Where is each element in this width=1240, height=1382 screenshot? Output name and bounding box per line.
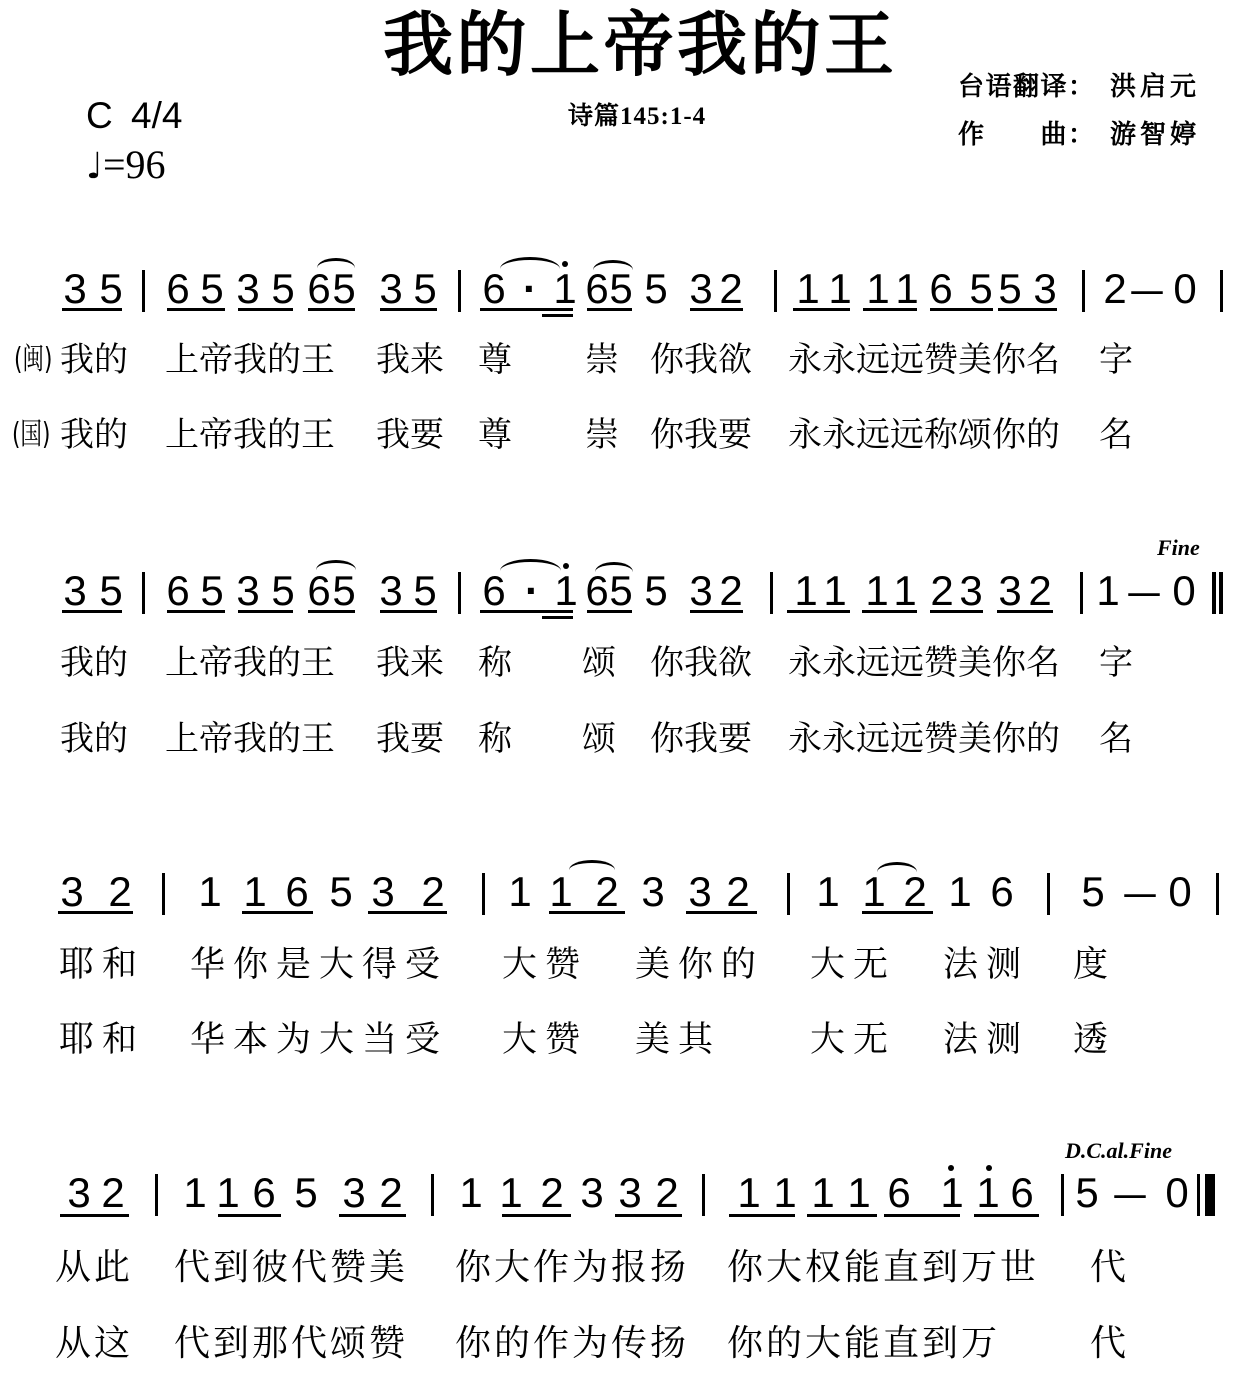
quarter-note-icon: ♩ — [86, 146, 103, 187]
beam-underline — [308, 308, 355, 311]
note: 2 — [716, 268, 746, 310]
final-barline-thick — [1205, 1174, 1215, 1216]
barline — [142, 572, 145, 614]
tempo-value: =96 — [103, 142, 166, 187]
extension-dash: — — [1124, 871, 1157, 913]
system-1-lyrics-verse-2: (国) 我的 上帝我的王 我要 尊 崇 你我要 永永远远称颂你的 名 — [0, 418, 1240, 458]
beam-underline — [58, 911, 133, 914]
note: 1 — [505, 871, 535, 913]
note: 1 — [770, 1172, 800, 1214]
note: 1 — [863, 268, 893, 310]
note: 6 — [479, 570, 509, 612]
lyric-phrase: 我的 — [60, 343, 128, 377]
lyric-phrase: 美你的 — [635, 948, 764, 983]
song-title: 我的上帝我的王 — [383, 10, 898, 80]
lyric-phrase: 名 — [1099, 722, 1133, 756]
lyric-phrase: 法测 — [943, 1023, 1029, 1058]
lyric-phrase: 从此 — [55, 1250, 133, 1286]
translator-label: 台语翻译： — [958, 72, 1096, 102]
scripture-reference: 诗篇145:1-4 — [568, 104, 706, 129]
lyric-phrase: 上帝我的王 — [165, 646, 335, 680]
note: 1 — [813, 871, 843, 913]
note: 6 — [163, 570, 193, 612]
note: 3 — [685, 871, 715, 913]
lyric-phrase: 你的大能直到万 — [727, 1326, 1000, 1362]
note: 2 — [537, 1172, 567, 1214]
beam-underline — [587, 610, 632, 613]
note: 5 — [410, 268, 440, 310]
beam-underline — [368, 911, 447, 914]
note: 3 — [686, 570, 716, 612]
note: 1 — [859, 871, 889, 913]
translator-name: 洪启元 — [1110, 74, 1200, 100]
note: 3 — [686, 268, 716, 310]
beam-underline — [587, 308, 632, 311]
final-barline-thin — [1197, 1174, 1200, 1216]
lyric-phrase: 字 — [1099, 343, 1133, 377]
beam-underline — [380, 610, 437, 613]
note: 5 — [641, 570, 671, 612]
beam-underline — [884, 1214, 960, 1217]
barline — [1216, 873, 1219, 915]
beam-underline — [690, 308, 743, 311]
beam-underline — [339, 1214, 406, 1217]
note: 2 — [1025, 570, 1055, 612]
note: 5 — [329, 268, 359, 310]
note: 1 — [195, 871, 225, 913]
rest: 0 — [1169, 570, 1199, 612]
double-barline — [1219, 572, 1223, 614]
beam-underline — [690, 610, 743, 613]
lyric-phrase: 代到那代颂赞 — [174, 1326, 408, 1362]
lyric-phrase: 美其 — [635, 1023, 721, 1058]
barline — [1080, 572, 1083, 614]
note: 3 — [577, 1172, 607, 1214]
note: 2 — [1100, 268, 1130, 310]
note-high-octave: 1 — [551, 570, 581, 612]
note: 5 — [966, 268, 996, 310]
barline — [1061, 1174, 1064, 1216]
note: 1 — [1093, 570, 1123, 612]
note: 2 — [592, 871, 622, 913]
beam-underline — [793, 308, 850, 311]
lyric-phrase: 我的 — [60, 646, 128, 680]
slur-arc — [317, 258, 355, 268]
lyric-phrase: 崇 — [585, 343, 619, 377]
fine-marking: Fine — [1157, 537, 1200, 559]
barline — [458, 572, 461, 614]
high-octave-dot — [948, 1165, 954, 1171]
note: 1 — [546, 871, 576, 913]
note: 6 — [479, 268, 509, 310]
lyric-phrase: 你大作为报扬 — [455, 1250, 689, 1286]
note: 5 — [291, 1172, 321, 1214]
note: 6 — [249, 1172, 279, 1214]
slur-arc — [500, 559, 561, 571]
slur-arc — [593, 260, 633, 270]
slur-arc — [569, 860, 615, 870]
lyric-phrase: 耶和 — [59, 948, 145, 983]
note: 3 — [638, 871, 668, 913]
high-octave-dot — [563, 563, 569, 569]
lyric-phrase: 永永远远赞美你的 — [788, 722, 1060, 756]
note: 3 — [233, 268, 263, 310]
note: 3 — [376, 570, 406, 612]
note-high-octave: 1 — [937, 1172, 967, 1214]
note: 5 — [641, 268, 671, 310]
note: 2 — [900, 871, 930, 913]
lyric-phrase: 崇 — [585, 418, 619, 452]
beam-underline — [997, 610, 1053, 613]
lyric-phrase: 尊 — [478, 343, 512, 377]
lyric-phrase: 名 — [1099, 418, 1133, 452]
double-beam-underline — [542, 616, 573, 619]
slur-arc — [500, 257, 560, 269]
note: 3 — [376, 268, 406, 310]
note-high-octave: 1 — [550, 268, 580, 310]
rest: 0 — [1170, 268, 1200, 310]
lyric-phrase: 你的作为传扬 — [455, 1326, 689, 1362]
note: 1 — [240, 871, 270, 913]
slur-arc — [316, 560, 356, 570]
note: 5 — [329, 570, 359, 612]
lyric-phrase: 你我欲 — [650, 343, 752, 377]
dialect-label: (闽) — [14, 345, 52, 375]
lyric-phrase: 永永远远赞美你名 — [788, 343, 1060, 377]
barline — [155, 1174, 158, 1216]
note: 3 — [956, 570, 986, 612]
composer-credit: 作 曲： 游智婷 — [958, 122, 1096, 148]
duration-dot: · — [515, 268, 545, 310]
barline — [482, 873, 485, 915]
lyric-phrase: 大赞 — [502, 1023, 588, 1058]
system-1-notation: 3 5 6 5 3 5 6 5 3 5 6 · 1 6 5 5 3 2 1 1 … — [0, 268, 1240, 328]
lyric-phrase: 华你是大得受 — [190, 948, 448, 983]
note: 1 — [862, 570, 892, 612]
system-2-lyrics-verse-2: 我的 上帝我的王 我要 称 颂 你我要 永永远远赞美你的 名 — [0, 722, 1240, 762]
lyric-phrase: 代 — [1090, 1250, 1129, 1286]
barline — [787, 873, 790, 915]
note: 1 — [213, 1172, 243, 1214]
system-2-lyrics-verse-1: 我的 上帝我的王 我来 称 颂 你我欲 永永远远赞美你名 字 — [0, 646, 1240, 686]
beam-underline — [167, 308, 225, 311]
beam-underline — [62, 610, 122, 613]
duration-dot: · — [517, 570, 547, 612]
note: 1 — [496, 1172, 526, 1214]
lyric-phrase: 你大权能直到万世 — [727, 1250, 1039, 1286]
note: 1 — [844, 1172, 874, 1214]
beam-underline — [167, 610, 225, 613]
lyric-phrase: 代 — [1090, 1326, 1129, 1362]
lyric-phrase: 从这 — [55, 1326, 133, 1362]
beam-underline — [998, 308, 1057, 311]
barline — [770, 572, 773, 614]
note: 6 — [282, 871, 312, 913]
lyric-phrase: 颂 — [582, 646, 616, 680]
extension-dash: — — [1131, 268, 1164, 310]
beam-underline — [729, 1214, 795, 1217]
note: 2 — [716, 570, 746, 612]
note: 3 — [233, 570, 263, 612]
note: 5 — [197, 268, 227, 310]
beam-underline — [930, 610, 983, 613]
extension-dash: — — [1114, 1172, 1147, 1214]
lyric-phrase: 法测 — [943, 948, 1029, 983]
extension-dash: — — [1128, 570, 1161, 612]
note: 5 — [268, 570, 298, 612]
note: 3 — [1030, 268, 1060, 310]
barline — [1220, 270, 1223, 312]
barline — [142, 270, 145, 312]
note: 6 — [1007, 1172, 1037, 1214]
lyric-phrase: 度 — [1073, 948, 1116, 983]
note: 5 — [606, 570, 636, 612]
note: 5 — [410, 570, 440, 612]
lyric-phrase: 尊 — [478, 418, 512, 452]
key-time-signature: C 4/4 — [86, 97, 182, 134]
system-3-lyrics-verse-1: 耶和 华你是大得受 大赞 美你的 大无 法测 度 — [0, 948, 1240, 988]
double-beam-underline — [542, 314, 573, 317]
lyric-phrase: 我来 — [376, 646, 444, 680]
note: 1 — [892, 268, 922, 310]
note: 6 — [987, 871, 1017, 913]
beam-underline — [930, 308, 993, 311]
beam-underline — [218, 1214, 281, 1217]
note: 1 — [945, 871, 975, 913]
rest: 0 — [1165, 871, 1195, 913]
note: 1 — [890, 570, 920, 612]
composer-name: 游智婷 — [1110, 122, 1200, 148]
beam-underline — [615, 1214, 682, 1217]
lyric-phrase: 称 — [478, 646, 512, 680]
note: 2 — [98, 1172, 128, 1214]
beam-underline — [549, 911, 625, 914]
beam-underline — [862, 610, 917, 613]
lyric-phrase: 你我欲 — [650, 646, 752, 680]
system-1-lyrics-verse-1: (闽) 我的 上帝我的王 我来 尊 崇 你我欲 永永远远赞美你名 字 — [0, 343, 1240, 383]
lyric-phrase: 代到彼代赞美 — [174, 1250, 408, 1286]
note: 1 — [820, 570, 850, 612]
note: 3 — [60, 268, 90, 310]
note: 2 — [652, 1172, 682, 1214]
note: 1 — [180, 1172, 210, 1214]
system-4-notation: 3 2 1 1 6 5 3 2 1 1 2 3 3 2 1 1 1 1 6 1 … — [0, 1172, 1240, 1232]
lyric-phrase: 我的 — [60, 418, 128, 452]
lyric-phrase: 我的 — [60, 722, 128, 756]
note: 3 — [57, 871, 87, 913]
slur-arc — [595, 562, 633, 572]
lyric-phrase: 上帝我的王 — [165, 722, 335, 756]
composer-label: 作 曲： — [958, 120, 1096, 150]
note: 5 — [96, 570, 126, 612]
note: 5 — [96, 268, 126, 310]
note: 5 — [326, 871, 356, 913]
note: 3 — [64, 1172, 94, 1214]
barline — [162, 873, 165, 915]
system-4-lyrics-verse-2: 从这 代到那代颂赞 你的作为传扬 你的大能直到万 代 — [0, 1326, 1240, 1366]
lyric-phrase: 我要 — [376, 418, 444, 452]
dc-al-fine-marking: D.C.al.Fine — [1065, 1140, 1172, 1162]
system-3-lyrics-verse-2: 耶和 华本为大当受 大赞 美其 大无 法测 透 — [0, 1023, 1240, 1063]
lyric-phrase: 大无 — [810, 948, 896, 983]
beam-underline — [502, 1214, 571, 1217]
note: 2 — [105, 871, 135, 913]
note: 5 — [995, 268, 1025, 310]
rest: 0 — [1162, 1172, 1192, 1214]
slur-arc — [877, 862, 917, 872]
note: 6 — [163, 268, 193, 310]
note: 1 — [456, 1172, 486, 1214]
note: 3 — [339, 1172, 369, 1214]
note: 3 — [60, 570, 90, 612]
note: 3 — [368, 871, 398, 913]
note-high-octave: 1 — [973, 1172, 1003, 1214]
lyric-phrase: 我要 — [376, 722, 444, 756]
note: 5 — [197, 570, 227, 612]
note: 5 — [268, 268, 298, 310]
lyric-phrase: 华本为大当受 — [190, 1023, 448, 1058]
note: 1 — [791, 570, 821, 612]
translator-credit: 台语翻译： 洪启元 — [958, 74, 1096, 100]
note: 3 — [615, 1172, 645, 1214]
barline — [1047, 873, 1050, 915]
lyric-phrase: 你我要 — [650, 722, 752, 756]
lyric-phrase: 耶和 — [59, 1023, 145, 1058]
beam-underline — [238, 610, 293, 613]
barline — [774, 270, 777, 312]
note: 5 — [606, 268, 636, 310]
beam-underline — [380, 308, 437, 311]
note: 5 — [1078, 871, 1108, 913]
note: 1 — [808, 1172, 838, 1214]
note: 1 — [734, 1172, 764, 1214]
system-4-lyrics-verse-1: 从此 代到彼代赞美 你大作为报扬 你大权能直到万世 代 — [0, 1250, 1240, 1290]
lyric-phrase: 字 — [1099, 646, 1133, 680]
note: 6 — [926, 268, 956, 310]
beam-underline — [686, 911, 757, 914]
beam-underline — [974, 1214, 1039, 1217]
beam-underline — [308, 610, 355, 613]
high-octave-dot — [986, 1165, 992, 1171]
beam-underline — [862, 911, 933, 914]
note: 3 — [995, 570, 1025, 612]
lyric-phrase: 称 — [478, 722, 512, 756]
note: 2 — [723, 871, 753, 913]
beam-underline — [480, 308, 573, 311]
lyric-phrase: 上帝我的王 — [165, 418, 335, 452]
beam-underline — [60, 1214, 129, 1217]
lyric-phrase: 上帝我的王 — [165, 343, 335, 377]
note: 1 — [793, 268, 823, 310]
dialect-label: (国) — [12, 420, 50, 450]
barline — [1082, 270, 1085, 312]
system-3-notation: 3 2 1 1 6 5 3 2 1 1 2 3 3 2 1 1 2 1 6 5 … — [0, 871, 1240, 931]
beam-underline — [863, 308, 917, 311]
note: 5 — [1072, 1172, 1102, 1214]
high-octave-dot — [562, 261, 568, 267]
note: 2 — [376, 1172, 406, 1214]
beam-underline — [787, 610, 850, 613]
lyric-phrase: 大赞 — [502, 948, 588, 983]
beam-underline — [242, 911, 313, 914]
note: 6 — [884, 1172, 914, 1214]
lyric-phrase: 永永远远赞美你名 — [788, 646, 1060, 680]
lyric-phrase: 永永远远称颂你的 — [788, 418, 1060, 452]
barline — [702, 1174, 705, 1216]
system-2-notation: 3 5 6 5 3 5 6 5 3 5 6 · 1 6 5 5 3 2 1 1 … — [0, 570, 1240, 630]
tempo-marking: ♩=96 — [86, 145, 166, 185]
lyric-phrase: 透 — [1073, 1023, 1116, 1058]
double-barline — [1212, 572, 1216, 614]
lyric-phrase: 颂 — [582, 722, 616, 756]
note: 2 — [418, 871, 448, 913]
barline — [458, 270, 461, 312]
beam-underline — [480, 610, 573, 613]
lyric-phrase: 你我要 — [650, 418, 752, 452]
beam-underline — [238, 308, 293, 311]
beam-underline — [807, 1214, 877, 1217]
lyric-phrase: 大无 — [810, 1023, 896, 1058]
barline — [431, 1174, 434, 1216]
note: 1 — [825, 268, 855, 310]
beam-underline — [62, 308, 122, 311]
note: 2 — [927, 570, 957, 612]
lyric-phrase: 我来 — [376, 343, 444, 377]
